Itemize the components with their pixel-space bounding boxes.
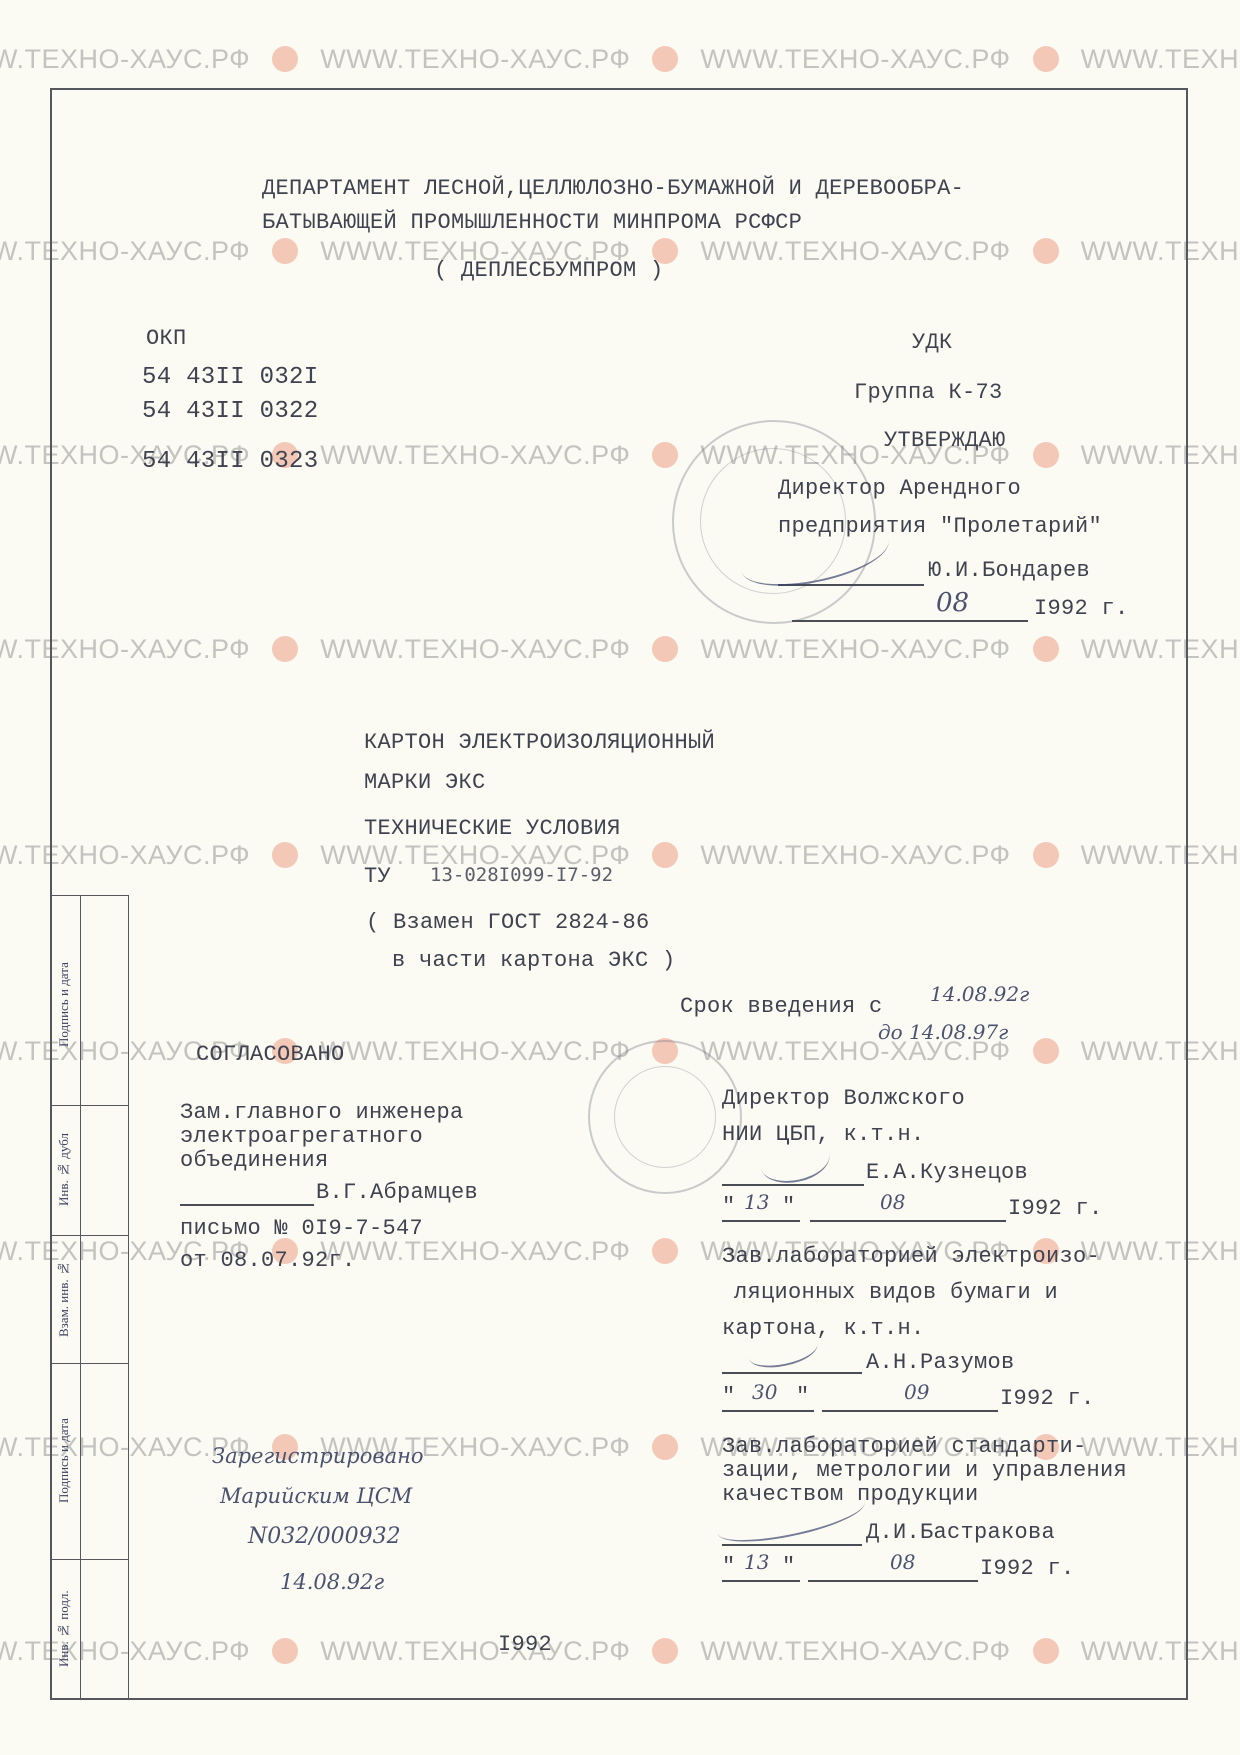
signatory-1-name: Е.А.Кузнецов bbox=[866, 1160, 1028, 1185]
watermark-logo-icon bbox=[1033, 46, 1059, 72]
signatory-2-position-1: Зав.лабораторией электроизо- bbox=[722, 1244, 1100, 1269]
watermark-row: W.ТЕХНО-ХАУС.РФWWW.ТЕХНО-ХАУС.РФWWW.ТЕХН… bbox=[0, 44, 1232, 76]
signatory-1-position-2: НИИ ЦБП, к.т.н. bbox=[722, 1122, 925, 1147]
signatory-3-month: 08 bbox=[890, 1550, 915, 1574]
signatory-2-day-line bbox=[722, 1410, 814, 1412]
header-line-2: БАТЫВАЮЩЕЙ ПРОМЫШЛЕННОСТИ МИНПРОМА РСФСР bbox=[262, 210, 802, 235]
approver-date-month: 08 bbox=[936, 588, 969, 618]
footer-year: I992 bbox=[498, 1632, 552, 1657]
signatory-2-year: I992 г. bbox=[1000, 1386, 1095, 1411]
replaces-line-2: в части картона ЭКС ) bbox=[392, 948, 676, 973]
signatory-3-position-2: зации, метрологии и управления bbox=[722, 1458, 1127, 1483]
quote-mark: " bbox=[722, 1384, 736, 1409]
tu-prefix: ТУ bbox=[364, 864, 391, 889]
signatory-1-month: 08 bbox=[880, 1190, 905, 1214]
quote-mark: " bbox=[796, 1384, 810, 1409]
agreed-letter: письмо № 0I9-7-547 bbox=[180, 1216, 423, 1241]
registration-note-line-2: Марийским ЦСМ bbox=[220, 1484, 412, 1508]
agreed-position-3: объединения bbox=[180, 1148, 329, 1173]
signatory-1-day-line bbox=[722, 1220, 800, 1222]
signatory-2-position-2: ляционных видов бумаги и bbox=[734, 1280, 1058, 1305]
approve-heading: УТВЕРЖДАЮ bbox=[884, 428, 1006, 453]
approver-date-line bbox=[792, 620, 1028, 622]
signatory-3-day-line bbox=[722, 1580, 800, 1582]
document-title-line-3: ТЕХНИЧЕСКИЕ УСЛОВИЯ bbox=[364, 816, 621, 841]
tu-number: 13-028I099-I7-92 bbox=[430, 864, 613, 886]
agreed-name: В.Г.Абрамцев bbox=[316, 1180, 478, 1205]
quote-mark: " bbox=[722, 1194, 736, 1219]
approver-name: Ю.И.Бондарев bbox=[928, 558, 1090, 583]
approver-year: I992 г. bbox=[1034, 596, 1129, 621]
okp-code-3: 54 43II 0323 bbox=[142, 448, 318, 475]
okp-label: ОКП bbox=[146, 326, 187, 351]
signatory-1-year: I992 г. bbox=[1008, 1196, 1103, 1221]
agreed-position-2: электроагрегатного bbox=[180, 1124, 423, 1149]
registration-note-line-3: N032/000932 bbox=[248, 1524, 401, 1549]
agreed-signature-line bbox=[180, 1204, 314, 1206]
side-label-vzam-inv: Взам. инв. № bbox=[56, 1240, 78, 1358]
watermark-logo-icon bbox=[652, 46, 678, 72]
signatory-2-month: 09 bbox=[904, 1380, 929, 1404]
quote-mark: " bbox=[722, 1554, 736, 1579]
signatory-3-name: Д.И.Бастракова bbox=[866, 1520, 1055, 1545]
institute-seal bbox=[588, 1040, 742, 1194]
header-line-3: ( ДЕПЛЕСБУМПРОМ ) bbox=[434, 258, 664, 283]
watermark-logo-icon bbox=[272, 46, 298, 72]
agreed-letter-date: от 08.07.92г. bbox=[180, 1248, 356, 1273]
side-label-inv-dubl: Инв. № дубл bbox=[56, 1110, 78, 1230]
okp-code-1: 54 43II 032I bbox=[142, 364, 318, 391]
registration-note-line-1: Зарегистрировано bbox=[212, 1444, 424, 1468]
signatory-1-day: 13 bbox=[744, 1190, 769, 1214]
group-label: Группа К-73 bbox=[854, 380, 1003, 405]
effective-label: Срок введения с bbox=[680, 994, 883, 1019]
signatory-3-signature-line bbox=[722, 1544, 862, 1546]
document-title-line-2: МАРКИ ЭКС bbox=[364, 770, 486, 795]
approver-position-1: Директор Арендного bbox=[778, 476, 1021, 501]
side-stamp-table: Подпись и дата Инв. № дубл Взам. инв. № … bbox=[50, 895, 128, 1700]
document-title-line-1: КАРТОН ЭЛЕКТРОИЗОЛЯЦИОННЫЙ bbox=[364, 730, 715, 755]
side-label-signature-date-2: Подпись и дата bbox=[56, 1368, 78, 1554]
signatory-2-signature-line bbox=[722, 1372, 862, 1374]
signatory-3-day: 13 bbox=[744, 1550, 769, 1574]
agreed-position-1: Зам.главного инженера bbox=[180, 1100, 464, 1125]
signatory-2-day: 30 bbox=[752, 1380, 777, 1404]
signatory-1-signature-line bbox=[722, 1184, 864, 1186]
side-label-signature-date: Подпись и дата bbox=[56, 915, 78, 1095]
signatory-2-position-3: картона, к.т.н. bbox=[722, 1316, 925, 1341]
signatory-2-name: А.Н.Разумов bbox=[866, 1350, 1015, 1375]
signatory-1-month-line bbox=[810, 1220, 1006, 1222]
effective-to: до 14.08.97г bbox=[878, 1020, 1008, 1044]
effective-from: 14.08.92г bbox=[930, 982, 1029, 1006]
replaces-line-1: ( Взамен ГОСТ 2824-86 bbox=[366, 910, 650, 935]
okp-code-2: 54 43II 0322 bbox=[142, 398, 318, 425]
udk-label: УДК bbox=[912, 330, 953, 355]
signatory-3-year: I992 г. bbox=[980, 1556, 1075, 1581]
side-label-inv-podl: Инв. № подл. bbox=[56, 1564, 78, 1694]
quote-mark: " bbox=[782, 1194, 796, 1219]
agreed-heading: СОГЛАСОВАНО bbox=[196, 1042, 345, 1067]
signatory-2-month-line bbox=[822, 1410, 998, 1412]
registration-note-line-4: 14.08.92г bbox=[280, 1570, 384, 1594]
signatory-1-position-1: Директор Волжского bbox=[722, 1086, 965, 1111]
header-line-1: ДЕПАРТАМЕНТ ЛЕСНОЙ,ЦЕЛЛЮЛОЗНО-БУМАЖНОЙ И… bbox=[262, 176, 964, 201]
quote-mark: " bbox=[782, 1554, 796, 1579]
signatory-3-position-1: Зав.лабораторией стандарти- bbox=[722, 1434, 1087, 1459]
signatory-3-month-line bbox=[808, 1580, 978, 1582]
